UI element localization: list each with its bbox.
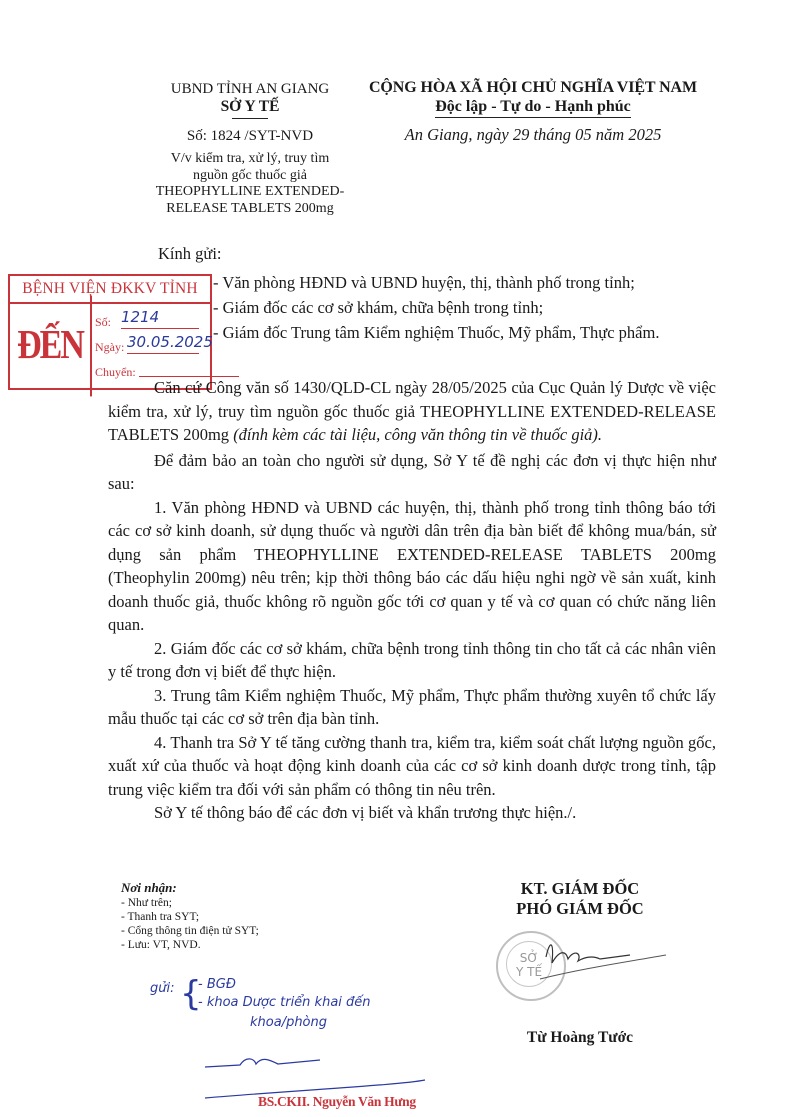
signature-title-1: KT. GIÁM ĐỐC [470,879,690,899]
recipients-list: - Văn phòng HĐND và UBND huyện, thị, thà… [213,270,659,345]
cc-item: - Thanh tra SYT; [121,910,259,924]
cc-item: - Cổng thông tin điện tử SYT; [121,924,259,938]
recipient-item: - Giám đốc các cơ sở khám, chữa bệnh tro… [213,295,659,320]
approver-name-stamp: BS.CKII. Nguyễn Văn Hưng [258,1094,416,1110]
note-line: - khoa Dược triển khai đến [198,993,371,1012]
document-body: Căn cứ Công văn số 1430/QLD-CL ngày 28/0… [108,376,716,825]
signer-name: Từ Hoàng Tước [470,1029,690,1047]
national-title: CỘNG HÒA XÃ HỘI CHỦ NGHĨA VIỆT NAM [368,79,698,97]
agency-underline [232,118,268,119]
subject-line: THEOPHYLLINE EXTENDED- [120,184,380,201]
request-item-1: 1. Văn phòng HĐND và UBND các huyện, thị… [108,496,716,637]
basis-attachment-note: (đính kèm các tài liệu, công văn thông t… [233,425,602,444]
document-subject: V/v kiểm tra, xử lý, truy tìm nguồn gốc … [120,151,380,217]
place-date: An Giang, ngày 29 tháng 05 năm 2025 [368,125,698,145]
stamp-fields: Số: 1214 Ngày: 30.05.2025 Chuyển: [95,310,210,385]
seal-text: SỞ [507,951,551,965]
cc-heading: Nơi nhận: [121,881,259,895]
note-line: - BGĐ [198,975,236,994]
stamp-den-word: ĐẾN [10,296,92,397]
document-number: Số: 1824 /SYT-NVD [120,127,380,145]
kinh-gui-label: Kính gửi: [158,244,222,264]
agency-parent: UBND TỈNH AN GIANG [120,80,380,98]
issuing-agency-block: UBND TỈNH AN GIANG SỞ Y TẾ Số: 1824 /SYT… [120,80,380,217]
cc-item: - Lưu: VT, NVD. [121,938,259,952]
request-item-3: 3. Trung tâm Kiểm nghiệm Thuốc, Mỹ phẩm,… [108,684,716,731]
cc-list: Nơi nhận: - Như trên; - Thanh tra SYT; -… [121,881,259,952]
subject-line: V/v kiểm tra, xử lý, truy tìm [120,151,380,168]
request-item-4: 4. Thanh tra Sở Y tế tăng cường thanh tr… [108,731,716,802]
signature-block: KT. GIÁM ĐỐC PHÓ GIÁM ĐỐC SỞ Y TẾ Từ Hoà… [470,879,690,919]
subject-line: RELEASE TABLETS 200mg [120,201,380,218]
request-item-2: 2. Giám đốc các cơ sở khám, chữa bệnh tr… [108,637,716,684]
stamp-date-value: 30.05.2025 [127,331,199,354]
national-motto: Độc lập - Tự do - Hạnh phúc [435,98,631,118]
agency-name: SỞ Y TẾ [120,98,380,116]
seal-inner: SỞ Y TẾ [506,941,552,987]
note-line: khoa/phòng [250,1013,327,1032]
stamp-number-label: Số: [95,315,111,329]
stamp-number-value: 1214 [121,306,199,329]
seal-text: Y TẾ [507,965,551,979]
signature-title-2: PHÓ GIÁM ĐỐC [470,899,690,919]
recipients-label: Kính gửi: [158,244,222,268]
subject-line: nguồn gốc thuốc giả [120,168,380,185]
recipient-item: - Văn phòng HĐND và UBND huyện, thị, thà… [213,270,659,295]
national-header: CỘNG HÒA XÃ HỘI CHỦ NGHĨA VIỆT NAM Độc l… [368,79,698,145]
basis-paragraph: Căn cứ Công văn số 1430/QLD-CL ngày 28/0… [108,376,716,447]
received-stamp: BỆNH VIỆN ĐKKV TỈNH ĐẾN Số: 1214 Ngày: 3… [8,274,212,390]
stamp-date-field: Ngày: 30.05.2025 [95,335,210,360]
intro-paragraph: Để đảm bảo an toàn cho người sử dụng, Sở… [108,449,716,496]
recipient-item: - Giám đốc Trung tâm Kiểm nghiệm Thuốc, … [213,320,659,345]
note-prefix: gửi: [150,979,174,998]
official-seal-icon: SỞ Y TẾ [496,931,566,1001]
handwritten-note: gửi: { - BGĐ - khoa Dược triển khai đến … [150,975,470,1085]
stamp-date-label: Ngày: [95,340,124,354]
closing-paragraph: Sở Y tế thông báo để các đơn vị biết và … [108,801,716,825]
cc-item: - Như trên; [121,896,259,910]
